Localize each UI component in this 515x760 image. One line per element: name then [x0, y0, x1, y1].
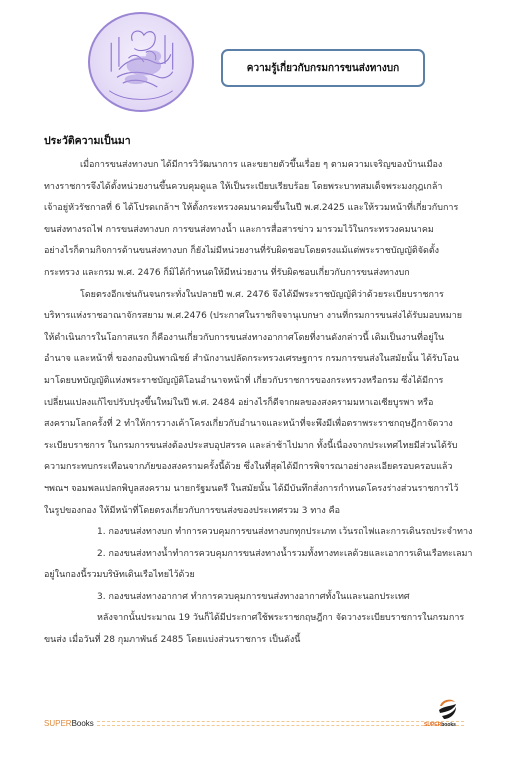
- brand-books: Books: [72, 719, 94, 728]
- paragraph-line: ขนส่ง เมื่อวันที่ 28 กุมภาพันธ์ 2485 โดย…: [44, 630, 484, 652]
- paragraph-line: ความกระทบกระเทือนจากภัยของสงครามครั้งนี้…: [44, 457, 484, 479]
- superbooks-logo: SUPERbooks: [424, 696, 466, 734]
- paragraph-line: เมื่อการขนส่งทางบก ได้มีการวิวัฒนาการ แล…: [44, 155, 484, 177]
- superbooks-swirl-icon: [436, 696, 458, 722]
- logo-super: SUPER: [424, 722, 441, 728]
- page-title: ความรู้เกี่ยวกับกรมการขนส่งทางบก: [247, 61, 399, 76]
- document-body: ประวัติความเป็นมา เมื่อการขนส่งทางบก ได้…: [44, 133, 484, 652]
- list-item-3: 3. กองขนส่งทางอากาศ ทำการควบคุมการขนส่งท…: [44, 587, 484, 609]
- department-seal-icon: [88, 12, 194, 112]
- list-item-2-continued: อยู่ในกองนี้รวมบริษัทเดินเรือไทยไว้ด้วย: [44, 565, 484, 587]
- paragraph-line: สงครามโลกครั้งที่ 2 ทำให้การวางเค้าโครงเ…: [44, 414, 484, 436]
- paragraph-line: หลังจากนั้นประมาณ 19 วันก็ได้มีประกาศใช้…: [44, 608, 484, 630]
- logo-books: books: [441, 722, 456, 728]
- garuda-seal-icon: [90, 14, 192, 110]
- paragraph-line: ขนส่งทางรถไฟ การขนส่งทางบก การขนส่งทางน้…: [44, 220, 484, 242]
- footer-divider: [97, 721, 464, 726]
- list-item-1: 1. กองขนส่งทางบก ทำการควบคุมการขนส่งทางบ…: [44, 522, 484, 544]
- page-footer: SUPERBooks: [44, 716, 464, 730]
- paragraph-line: เจ้าอยู่หัวรัชกาลที่ 6 ได้โปรดเกล้าฯ ให้…: [44, 198, 484, 220]
- paragraph-line: กระทรวง และกรม พ.ศ. 2476 ก็มิได้กำหนดให้…: [44, 263, 484, 285]
- section-heading: ประวัติความเป็นมา: [44, 133, 484, 149]
- brand-super: SUPER: [44, 719, 72, 728]
- logo-wordmark: SUPERbooks: [424, 722, 466, 728]
- paragraph-line: ระเบียบราชการ ในกรมการขนส่งต้องประสบอุปส…: [44, 436, 484, 458]
- paragraph-line: ฯพณฯ จอมพลแปลกพิบูลสงคราม นายกรัฐมนตรี ใ…: [44, 479, 484, 501]
- paragraph-line: เปลี่ยนแปลงแก้ไขปรับปรุงขึ้นใหม่ในปี พ.ศ…: [44, 393, 484, 415]
- paragraph-line: ให้ดำเนินการในโอกาสแรก ก็คืองานเกี่ยวกับ…: [44, 328, 484, 350]
- paragraph-line: อย่างไรก็ตามกิจการด้านขนส่งทางบก ก็ยังไม…: [44, 241, 484, 263]
- paragraph-line: ทางราชการจึงได้ตั้งหน่วยงานขึ้นควบคุมดูแ…: [44, 177, 484, 199]
- paragraph-line: บริหารแห่งราชอาณาจักรสยาม พ.ศ.2476 (ประก…: [44, 306, 484, 328]
- paragraph-line: มาโดยบทบัญญัติแห่งพระราชบัญญัติโอนอำนาจห…: [44, 371, 484, 393]
- page-title-box: ความรู้เกี่ยวกับกรมการขนส่งทางบก: [221, 49, 425, 87]
- list-item-2: 2. กองขนส่งทางน้ำทำการควบคุมการขนส่งทางน…: [44, 544, 484, 566]
- paragraph-line: อำนาจ และหน้าที่ ของกองบินพาณิชย์ สำนักง…: [44, 349, 484, 371]
- paragraph-line: โดยตรงอีกเช่นกันจนกระทั่งในปลายปี พ.ศ. 2…: [44, 285, 484, 307]
- footer-brand: SUPERBooks: [44, 719, 94, 728]
- paragraph-line: ในรูปของกอง ให้มีหน้าที่โดยตรงเกี่ยวกับก…: [44, 501, 484, 523]
